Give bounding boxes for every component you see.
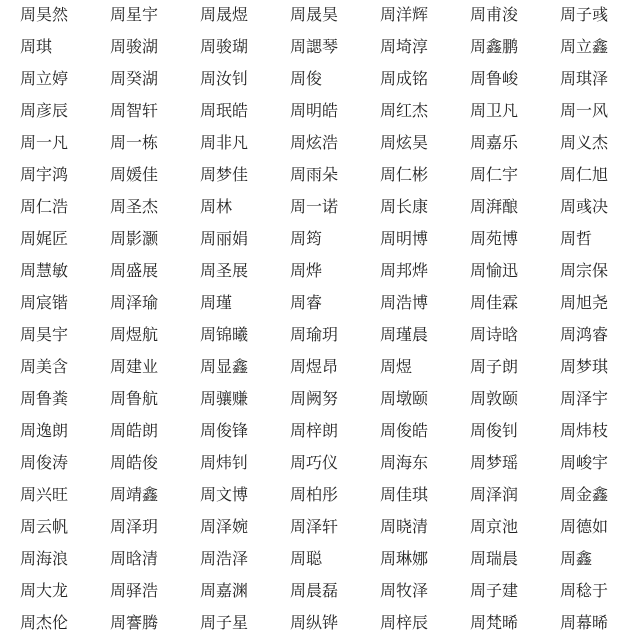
- name-item: 周煜: [380, 355, 470, 387]
- name-item: 周晗清: [110, 547, 200, 579]
- name-item: 周瑾晨: [380, 323, 470, 355]
- name-item: 周晨磊: [290, 579, 380, 611]
- name-item: 周红杰: [380, 99, 470, 131]
- name-item: 周筠: [290, 227, 380, 259]
- name-item: 周泽婉: [200, 515, 290, 547]
- name-item: 周埼淳: [380, 35, 470, 67]
- name-item: 周卫凡: [470, 99, 560, 131]
- name-item: 周智轩: [110, 99, 200, 131]
- name-item: 周昊然: [20, 3, 110, 35]
- name-item: 周逸朗: [20, 419, 110, 451]
- name-item: 周牧泽: [380, 579, 470, 611]
- name-item: 周成铭: [380, 67, 470, 99]
- name-item: 周子朗: [470, 355, 560, 387]
- name-item: 周皓俊: [110, 451, 200, 483]
- name-item: 周鲁峻: [470, 67, 560, 99]
- name-item: 周长康: [380, 195, 470, 227]
- name-item: 周邦烨: [380, 259, 470, 291]
- name-item: 周显鑫: [200, 355, 290, 387]
- name-item: 周炫浩: [290, 131, 380, 163]
- name-item: 周洋辉: [380, 3, 470, 35]
- name-item: 周烨: [290, 259, 380, 291]
- name-item: 周骏湖: [110, 35, 200, 67]
- name-item: 周梦琪: [560, 355, 623, 387]
- name-item: 周驿浩: [110, 579, 200, 611]
- name-item: 周俊皓: [380, 419, 470, 451]
- name-item: 周彧决: [560, 195, 623, 227]
- name-item: 周云帆: [20, 515, 110, 547]
- name-item: 周炜枝: [560, 419, 623, 451]
- name-item: 周仁浩: [20, 195, 110, 227]
- name-item: 周湃酿: [470, 195, 560, 227]
- name-item: 周諰琴: [290, 35, 380, 67]
- name-item: 周仁宇: [470, 163, 560, 195]
- name-item: 周一凡: [20, 131, 110, 163]
- name-item: 周泽润: [470, 483, 560, 515]
- name-item: 周明博: [380, 227, 470, 259]
- name-item: 周杰伦: [20, 611, 110, 636]
- name-item: 周一栋: [110, 131, 200, 163]
- name-item: 周泽宇: [560, 387, 623, 419]
- name-item: 周哲: [560, 227, 623, 259]
- name-item: 周京池: [470, 515, 560, 547]
- name-item: 周梓辰: [380, 611, 470, 636]
- name-item: 周瑞晨: [470, 547, 560, 579]
- name-item: 周瑜玥: [290, 323, 380, 355]
- name-item: 周纵铧: [290, 611, 380, 636]
- name-item: 周娓匠: [20, 227, 110, 259]
- name-item: 周诗晗: [470, 323, 560, 355]
- name-item: 周一诺: [290, 195, 380, 227]
- name-item: 周立婷: [20, 67, 110, 99]
- name-item: 周非凡: [200, 131, 290, 163]
- name-item: 周嘉渊: [200, 579, 290, 611]
- name-item: 周癸湖: [110, 67, 200, 99]
- name-item: 周稔于: [560, 579, 623, 611]
- name-item: 周影灏: [110, 227, 200, 259]
- name-item: 周愉迅: [470, 259, 560, 291]
- name-item: 周媛佳: [110, 163, 200, 195]
- name-item: 周巧仪: [290, 451, 380, 483]
- name-item: 周琪泽: [560, 67, 623, 99]
- name-item: 周宇鸿: [20, 163, 110, 195]
- name-item: 周幕晞: [560, 611, 623, 636]
- name-item: 周鲁粪: [20, 387, 110, 419]
- name-item: 周明皓: [290, 99, 380, 131]
- name-item: 周瑾: [200, 291, 290, 323]
- name-item: 周子彧: [560, 3, 623, 35]
- name-item: 周俊锋: [200, 419, 290, 451]
- name-item: 周皓朗: [110, 419, 200, 451]
- name-item: 周义杰: [560, 131, 623, 163]
- name-item: 周煜航: [110, 323, 200, 355]
- name-item: 周盛展: [110, 259, 200, 291]
- name-item: 周海东: [380, 451, 470, 483]
- name-item: 周子星: [200, 611, 290, 636]
- name-item: 周梓朗: [290, 419, 380, 451]
- name-item: 周佳琪: [380, 483, 470, 515]
- name-item: 周梵晞: [470, 611, 560, 636]
- name-item: 周浩博: [380, 291, 470, 323]
- name-item: 周睿: [290, 291, 380, 323]
- name-item: 周浩泽: [200, 547, 290, 579]
- name-item: 周子建: [470, 579, 560, 611]
- name-item: 周佳霖: [470, 291, 560, 323]
- name-item: 周仁旭: [560, 163, 623, 195]
- name-item: 周宸锴: [20, 291, 110, 323]
- name-item: 周丽娟: [200, 227, 290, 259]
- name-item: 周鲁航: [110, 387, 200, 419]
- name-item: 周阙努: [290, 387, 380, 419]
- name-item: 周謇腾: [110, 611, 200, 636]
- name-item: 周圣展: [200, 259, 290, 291]
- name-item: 周林: [200, 195, 290, 227]
- name-item: 周甫浚: [470, 3, 560, 35]
- name-item: 周骧赚: [200, 387, 290, 419]
- name-item: 周星宇: [110, 3, 200, 35]
- name-item: 周炜钊: [200, 451, 290, 483]
- name-item: 周大龙: [20, 579, 110, 611]
- name-item: 周汝钊: [200, 67, 290, 99]
- name-item: 周立鑫: [560, 35, 623, 67]
- name-item: 周泽轩: [290, 515, 380, 547]
- name-item: 周圣杰: [110, 195, 200, 227]
- name-item: 周琪: [20, 35, 110, 67]
- name-item: 周德如: [560, 515, 623, 547]
- name-item: 周锦曦: [200, 323, 290, 355]
- name-item: 周炫昊: [380, 131, 470, 163]
- name-item: 周泽瑜: [110, 291, 200, 323]
- name-item: 周峻宇: [560, 451, 623, 483]
- name-item: 周靖鑫: [110, 483, 200, 515]
- name-item: 周苑博: [470, 227, 560, 259]
- name-item: 周仁彬: [380, 163, 470, 195]
- name-item: 周梦佳: [200, 163, 290, 195]
- name-item: 周敦颐: [470, 387, 560, 419]
- name-item: 周骏瑚: [200, 35, 290, 67]
- name-item: 周旭尧: [560, 291, 623, 323]
- name-item: 周鑫鹏: [470, 35, 560, 67]
- name-item: 周聪: [290, 547, 380, 579]
- name-item: 周俊: [290, 67, 380, 99]
- name-item: 周建业: [110, 355, 200, 387]
- name-item: 周鑫: [560, 547, 623, 579]
- name-item: 周柏彤: [290, 483, 380, 515]
- name-item: 周嘉乐: [470, 131, 560, 163]
- name-item: 周俊涛: [20, 451, 110, 483]
- name-item: 周兴旺: [20, 483, 110, 515]
- name-item: 周鸿睿: [560, 323, 623, 355]
- name-item: 周墩颐: [380, 387, 470, 419]
- name-item: 周宗保: [560, 259, 623, 291]
- name-item: 周晟煜: [200, 3, 290, 35]
- name-item: 周雨朵: [290, 163, 380, 195]
- name-item: 周美含: [20, 355, 110, 387]
- name-item: 周海浪: [20, 547, 110, 579]
- name-item: 周晓清: [380, 515, 470, 547]
- name-item: 周一风: [560, 99, 623, 131]
- name-item: 周泽玥: [110, 515, 200, 547]
- name-item: 周昊宇: [20, 323, 110, 355]
- name-item: 周金鑫: [560, 483, 623, 515]
- name-item: 周晟昊: [290, 3, 380, 35]
- name-item: 周彦辰: [20, 99, 110, 131]
- name-list-grid: 周昊然周星宇周晟煜周晟昊周洋辉周甫浚周子彧周琪周骏湖周骏瑚周諰琴周埼淳周鑫鹏周立…: [20, 3, 623, 636]
- name-item: 周煜昂: [290, 355, 380, 387]
- name-item: 周琳娜: [380, 547, 470, 579]
- name-item: 周慧敏: [20, 259, 110, 291]
- name-item: 周珉皓: [200, 99, 290, 131]
- name-item: 周梦瑶: [470, 451, 560, 483]
- name-item: 周俊钊: [470, 419, 560, 451]
- name-item: 周文博: [200, 483, 290, 515]
